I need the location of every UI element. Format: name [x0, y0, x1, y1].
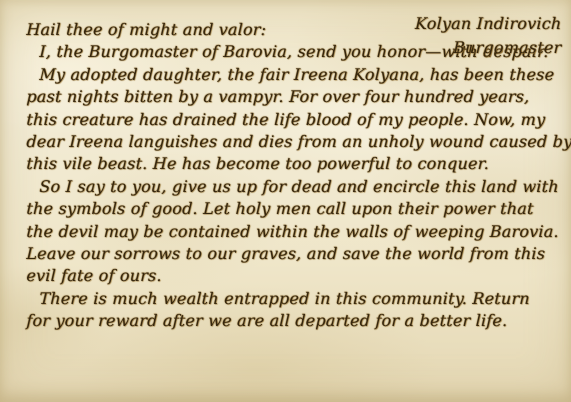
- signature-title: Burgomaster: [0, 36, 562, 60]
- letter-line: So I say to you, give us up for dead and…: [26, 176, 554, 198]
- letter-line: evil fate of ours.: [26, 265, 554, 287]
- letter-line: this vile beast. He has become too power…: [26, 153, 554, 175]
- letter-line: the symbols of good. Let holy men call u…: [26, 198, 554, 220]
- letter-line: for your reward after we are all departe…: [26, 310, 554, 332]
- letter-line: My adopted daughter, the fair Ireena Kol…: [26, 64, 554, 86]
- letter-line: dear Ireena languishes and dies from an …: [26, 131, 554, 153]
- letter-line: past nights bitten by a vampyr. For over…: [26, 86, 554, 108]
- letter-line: Leave our sorrows to our graves, and sav…: [26, 243, 554, 265]
- letter-line: this creature has drained the life blood…: [26, 109, 554, 131]
- signature-block: Kolyan Indirovich Burgomaster: [0, 12, 571, 60]
- letter-line: the devil may be contained within the wa…: [26, 221, 554, 243]
- letter-line: There is much wealth entrapped in this c…: [26, 288, 554, 310]
- parchment-letter: Hail thee of might and valor:I, the Burg…: [0, 0, 571, 402]
- letter-body: Hail thee of might and valor:I, the Burg…: [26, 19, 553, 333]
- signature-name: Kolyan Indirovich: [0, 12, 562, 36]
